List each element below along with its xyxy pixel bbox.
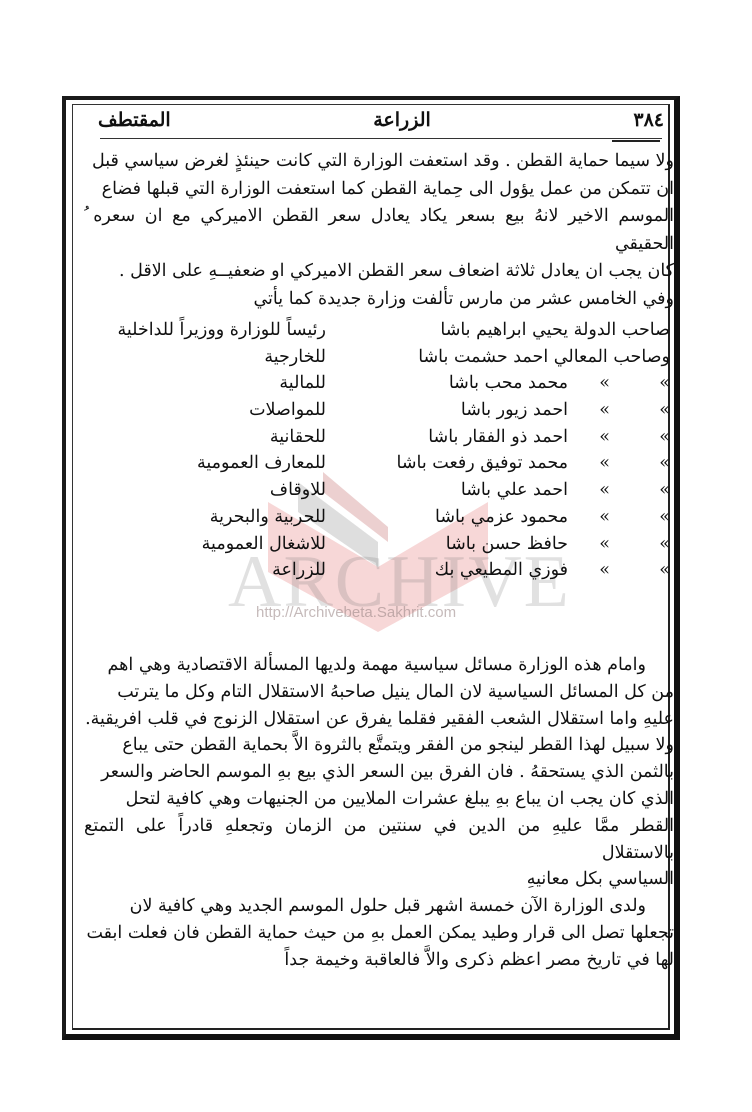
- minister-row: وصاحب المعالي احمد حشمت باشا للخارجية: [84, 347, 674, 374]
- text-line: من كل المسائل السياسية لان المال ينيل صا…: [84, 679, 674, 706]
- minister-name: محمود عزمي باشا: [435, 507, 568, 527]
- minister-portfolio: للمواصلات: [249, 400, 326, 420]
- text-line: ولا سيما حماية القطن . وقد استعفت الوزار…: [84, 148, 674, 176]
- text-line: بالثمن الذي يستحقهُ . فان الفرق بين السع…: [84, 759, 674, 786]
- minister-row: » » احمد علي باشا للاوقاف: [84, 480, 674, 507]
- ditto-mark: »: [599, 427, 610, 447]
- minister-row: » » فوزي المطيعي بك للزراعة: [84, 560, 674, 587]
- publication-name: المقتطف: [98, 109, 171, 131]
- ditto-mark: »: [599, 480, 610, 500]
- text-line: تجعلها تصل الى قرار وطيد يمكن العمل بهِ …: [84, 920, 674, 947]
- minister-name: صاحب الدولة يحيي ابراهيم باشا: [440, 320, 670, 340]
- text-line: الموسم الاخير لانهُ بيع بسعر يكاد يعادل …: [84, 203, 674, 258]
- ditto-mark: »: [659, 400, 670, 420]
- ditto-mark: »: [599, 534, 610, 554]
- minister-row: » » احمد ذو الفقار باشا للحقانية: [84, 427, 674, 454]
- minister-portfolio: للاشغال العمومية: [202, 534, 326, 554]
- text-line: القطر ممَّا عليهِ من الدين في سنتين من ا…: [84, 813, 674, 867]
- page-number: ٣٨٤: [633, 109, 664, 131]
- watermark-url: http://Archivebeta.Sakhrit.com: [256, 604, 456, 621]
- minister-portfolio: للمعارف العمومية: [197, 453, 326, 473]
- text-line: ولدى الوزارة الآن خمسة اشهر قبل حلول الم…: [84, 893, 674, 920]
- minister-portfolio: رئيساً للوزارة ووزيراً للداخلية: [117, 320, 326, 340]
- header-rule: [100, 138, 662, 139]
- minister-portfolio: للحقانية: [270, 427, 326, 447]
- ditto-mark: »: [659, 507, 670, 527]
- ditto-mark: »: [659, 373, 670, 393]
- intro-paragraph: ولا سيما حماية القطن . وقد استعفت الوزار…: [84, 148, 674, 313]
- text-line: ولا سبيل لهذا القطر لينجو من الفقر ويتمت…: [84, 732, 674, 759]
- minister-portfolio: للمالية: [279, 373, 326, 393]
- minister-name: حافظ حسن باشا: [446, 534, 568, 554]
- ditto-mark: »: [659, 427, 670, 447]
- minister-row: صاحب الدولة يحيي ابراهيم باشا رئيساً للو…: [84, 320, 674, 347]
- minister-name: احمد علي باشا: [461, 480, 568, 500]
- ditto-mark: »: [659, 480, 670, 500]
- running-header: ٣٨٤ الزراعة المقتطف: [98, 104, 664, 136]
- ditto-mark: »: [599, 400, 610, 420]
- minister-portfolio: للزراعة: [272, 560, 326, 580]
- minister-row: » » احمد زيور باشا للمواصلات: [84, 400, 674, 427]
- text-line: الذي كان يجب ان يباع بهِ يبلغ عشرات المل…: [84, 786, 674, 813]
- text-line: ان تتمكن من عمل يؤول الى حِماية القطن كم…: [84, 176, 674, 204]
- minister-name: احمد ذو الفقار باشا: [428, 427, 568, 447]
- text-line: وامام هذه الوزارة مسائل سياسية مهمة ولدي…: [84, 652, 674, 679]
- text-line: السياسي بكل معانيهِ: [84, 866, 674, 893]
- minister-portfolio: للحربية والبحرية: [210, 507, 326, 527]
- minister-name: فوزي المطيعي بك: [435, 560, 568, 580]
- text-line: عليهِ واما استقلال الشعب الفقير فقلما يف…: [84, 706, 674, 733]
- header-rule-accent: [612, 140, 660, 142]
- closing-paragraphs: وامام هذه الوزارة مسائل سياسية مهمة ولدي…: [84, 652, 674, 974]
- minister-name: وصاحب المعالي احمد حشمت باشا: [418, 347, 670, 367]
- text-line: لها في تاريخ مصر اعظم ذكرى والاَّ فالعاق…: [84, 947, 674, 974]
- ministers-list: صاحب الدولة يحيي ابراهيم باشا رئيساً للو…: [84, 320, 674, 587]
- ditto-mark: »: [599, 507, 610, 527]
- minister-row: » » محمود عزمي باشا للحربية والبحرية: [84, 507, 674, 534]
- minister-row: » » محمد محب باشا للمالية: [84, 373, 674, 400]
- minister-portfolio: للاوقاف: [270, 480, 326, 500]
- text-line: كان يجب ان يعادل ثلاثة اضعاف سعر القطن ا…: [84, 258, 674, 286]
- minister-portfolio: للخارجية: [264, 347, 326, 367]
- minister-name: محمد توفيق رفعت باشا: [397, 453, 568, 473]
- minister-name: احمد زيور باشا: [461, 400, 568, 420]
- section-title: الزراعة: [373, 109, 431, 131]
- minister-name: محمد محب باشا: [449, 373, 568, 393]
- minister-row: » » حافظ حسن باشا للاشغال العمومية: [84, 534, 674, 561]
- ditto-mark: »: [599, 373, 610, 393]
- text-line: وفي الخامس عشر من مارس تألفت وزارة جديدة…: [84, 286, 674, 314]
- ditto-mark: »: [599, 560, 610, 580]
- ditto-mark: »: [659, 560, 670, 580]
- ditto-mark: »: [659, 534, 670, 554]
- ditto-mark: »: [659, 453, 670, 473]
- minister-row: » » محمد توفيق رفعت باشا للمعارف العمومي…: [84, 453, 674, 480]
- ditto-mark: »: [599, 453, 610, 473]
